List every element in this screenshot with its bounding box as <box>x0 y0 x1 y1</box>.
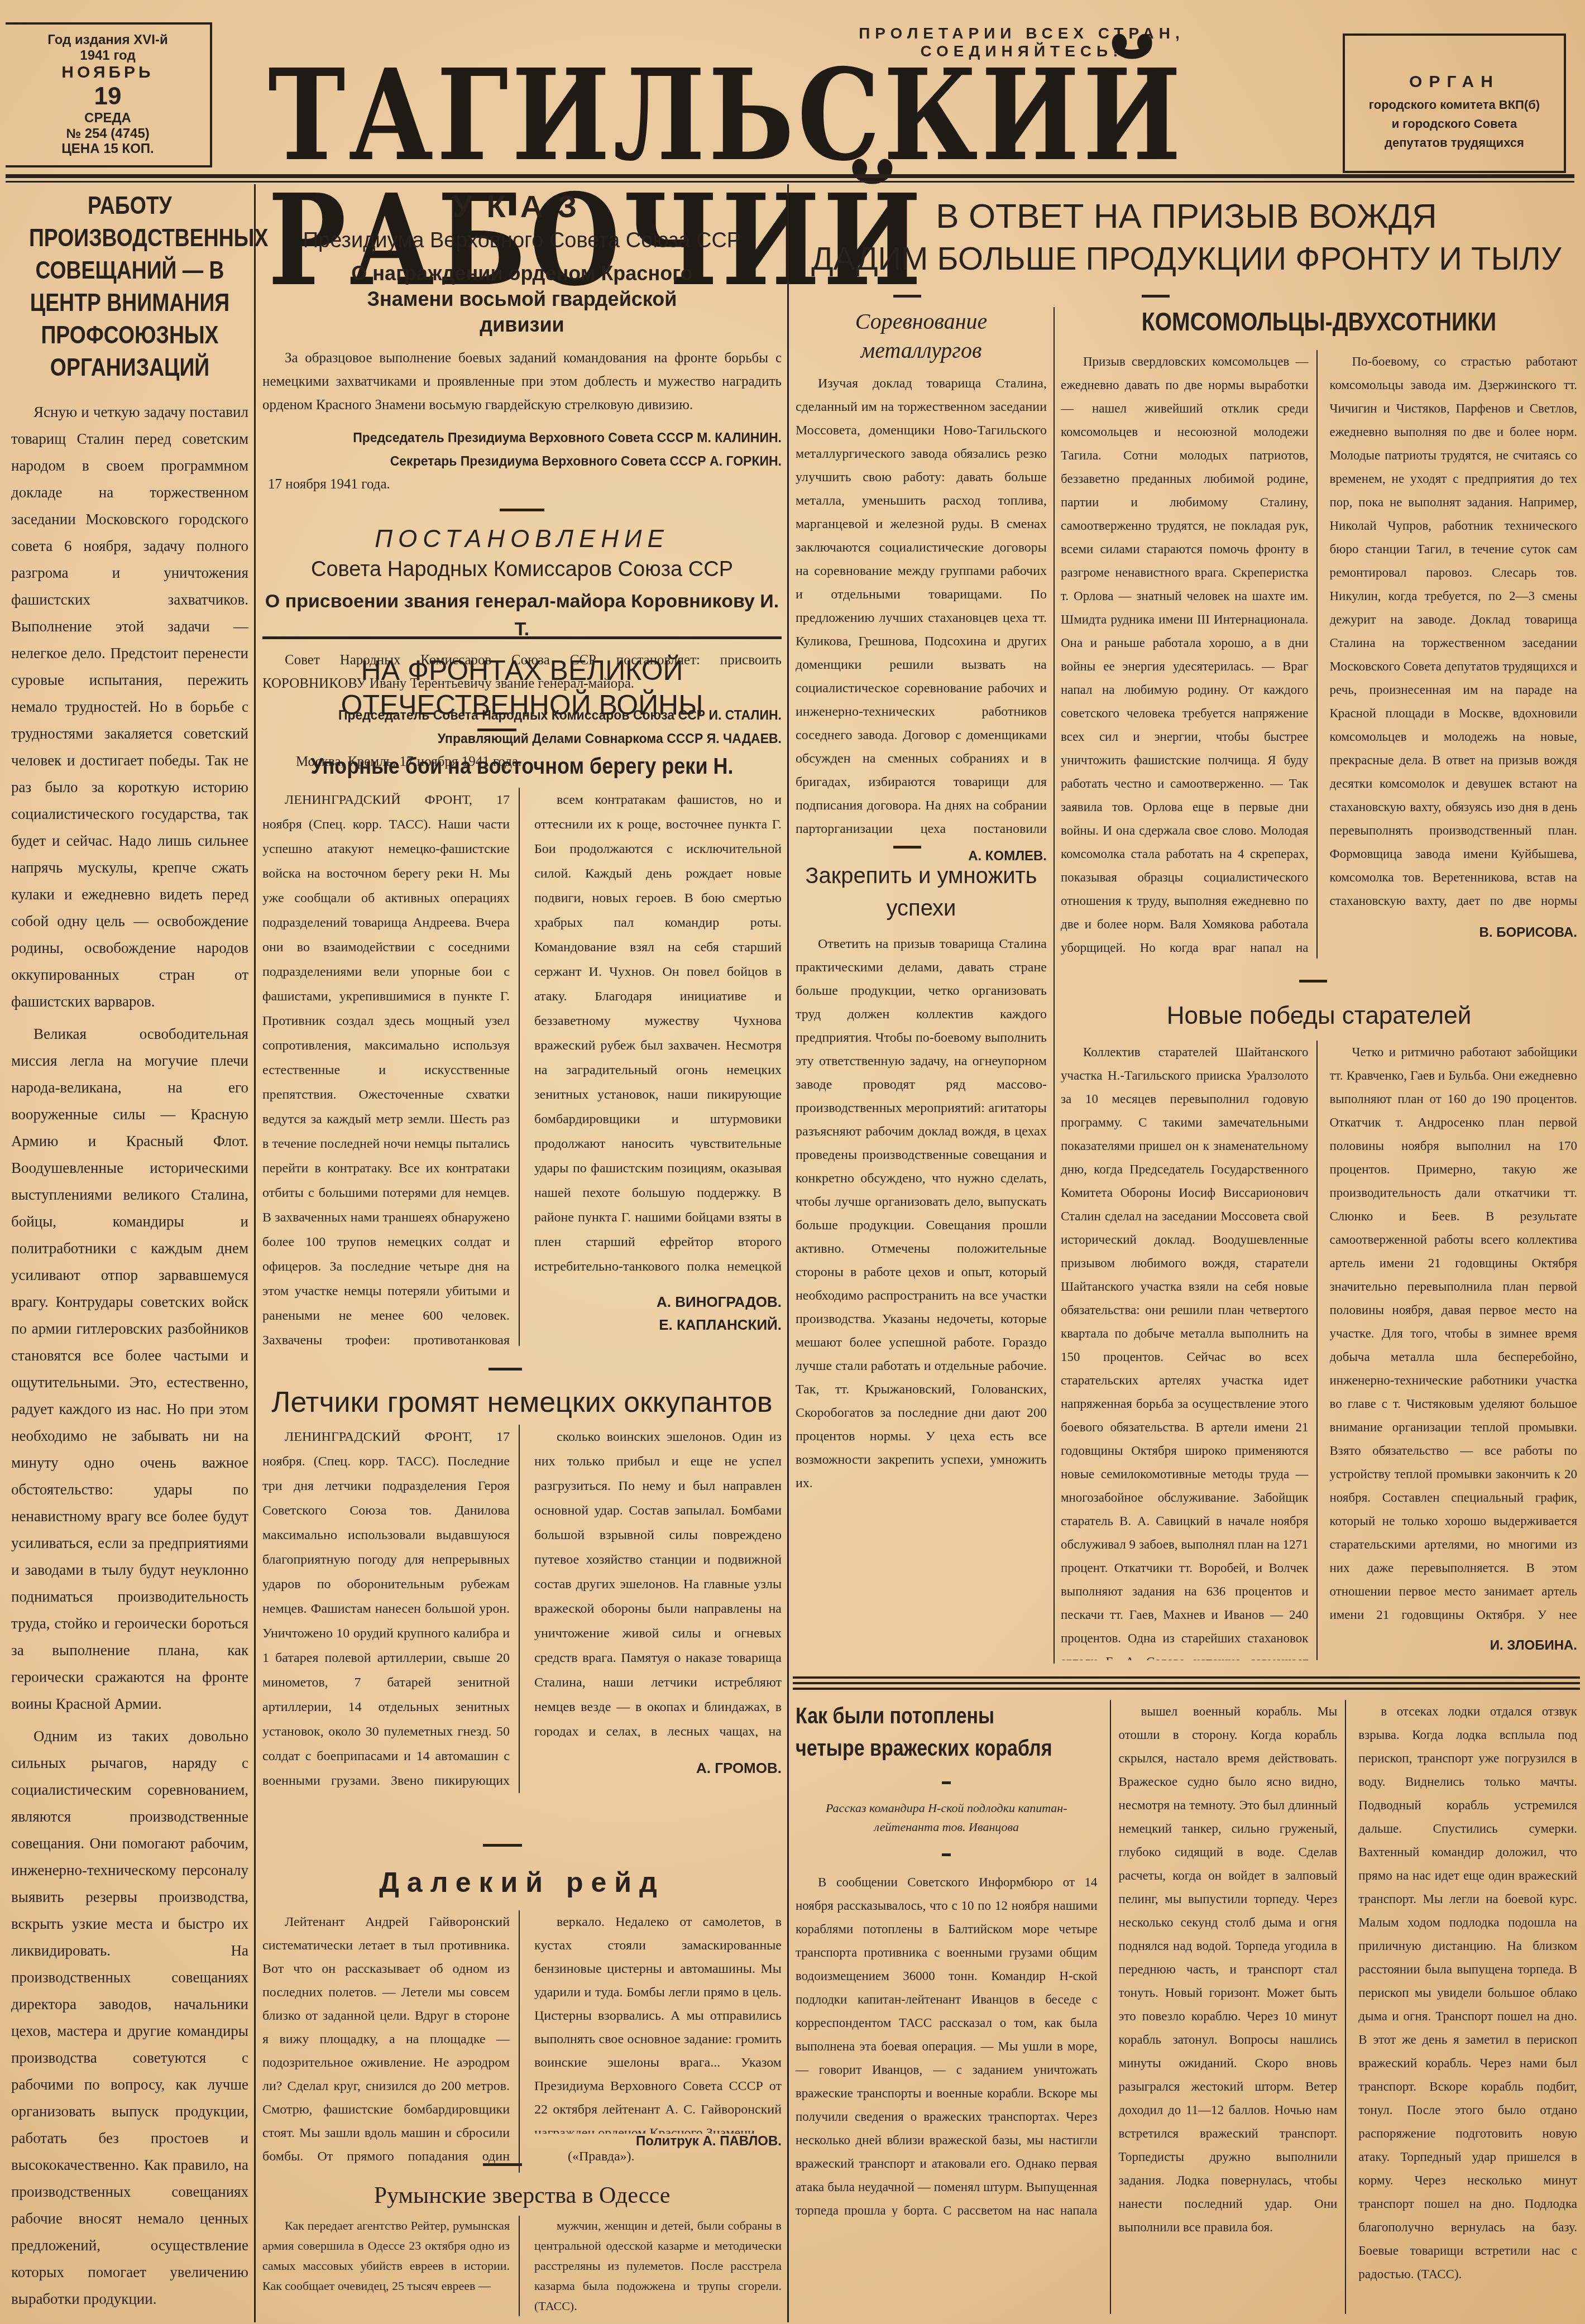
article-subhead: Рассказ командира Н-ской подлодки капита… <box>796 1799 1098 1837</box>
issue-year: 1941 год <box>11 48 204 64</box>
organ-box: ОРГАН городского комитета ВКП(б) и город… <box>1343 33 1566 173</box>
section-title-line: НА ФРОНТАХ ВЕЛИКОЙ <box>262 653 782 688</box>
article-column: в отсеках лодки отдался отзвук взрыва. К… <box>1358 1700 1577 2314</box>
paragraph: Великая освободительная миссия легла на … <box>11 1020 248 1717</box>
separator <box>489 1368 522 1371</box>
article-odessa: Румынские зверства в Одессе Как передает… <box>262 2180 782 2316</box>
article-column: В сообщении Советского Информбюро от 14 … <box>796 1871 1098 2217</box>
source-credit: («Правда»). <box>534 2149 782 2164</box>
article-headline: Как были потоплены четыре вражеских кора… <box>796 1700 1052 1765</box>
issue-day: 19 <box>11 83 204 111</box>
article-komsomol: КОМСОМОЛЬЦЫ-ДВУХСОТНИКИ Призыв свердловс… <box>1061 304 1577 959</box>
headline-line: Соревнование <box>855 309 988 334</box>
author-signature: В. БОРИСОВА. <box>1330 925 1578 941</box>
ukaz-signature-1: Председатель Президиума Верховного Совет… <box>262 426 782 449</box>
article-headline: Румынские зверства в Одессе <box>262 2180 782 2211</box>
headline-line: металлургов <box>861 338 982 363</box>
paragraph: Ясную и четкую задачу поставил товарищ С… <box>11 399 248 1015</box>
article-body: Изучая доклад товарища Сталина, сделанны… <box>796 372 1047 846</box>
headline-line: Как были потоплены <box>796 1704 994 1728</box>
column-divider <box>787 184 789 2322</box>
article-far-raid: Далекий рейд Лейтенант Андрей Гайворонск… <box>262 1865 782 2173</box>
fronts-section-title: НА ФРОНТАХ ВЕЛИКОЙ ОТЕЧЕСТВЕННОЙ ВОЙНЫ <box>262 653 782 722</box>
article-headline: Соревнование металлургов <box>796 307 1047 365</box>
article-column: Как передает агентство Рейтер, румынская… <box>262 2216 520 2316</box>
ukaz-label: УКАЗ <box>262 187 782 226</box>
author-signature: Политрук А. ПАВЛОВ. <box>534 2134 782 2149</box>
issue-date-box: Год издания XVI-й 1941 год НОЯБРЬ 19 СРЕ… <box>6 22 212 167</box>
article-headline: Упорные бои на восточном берегу реки Н. <box>289 751 756 782</box>
organ-line-2: и городского Совета <box>1345 114 1564 133</box>
ukaz-date: 17 ноября 1941 года. <box>262 473 782 496</box>
separator <box>893 295 921 298</box>
separator <box>942 1853 951 1856</box>
organ-line-3: депутатов трудящихся <box>1345 133 1564 152</box>
column-divider <box>1054 307 1055 1664</box>
article-column: Коллектив старателей Шайтанского участка… <box>1061 1041 1318 1660</box>
article-consolidate: Закрепить и умножить успехи Ответить на … <box>796 860 1047 1647</box>
article-column: Лейтенант Андрей Гайворонский систематич… <box>262 1910 520 2173</box>
article-metallurgists: Соревнование металлургов Изучая доклад т… <box>796 307 1047 864</box>
postanovlenie-signature-2: Управляющий Делами Совнаркома СССР Я. ЧА… <box>262 727 782 750</box>
author-signature: И. ЗЛОБИНА. <box>1330 1638 1578 1654</box>
issue-number: № 254 (4745) <box>11 126 204 142</box>
separator <box>893 846 921 849</box>
article-pilots: Летчики громят немецких оккупантов ЛЕНИН… <box>262 1384 782 1793</box>
section-rule <box>793 1676 1580 1679</box>
ukaz-subtitle: Президиума Верховного Совета Союза ССР <box>262 226 782 255</box>
section-rule <box>262 636 782 639</box>
article-column: Четко и ритмично работают забойщики тт. … <box>1330 1041 1578 1627</box>
article-column: веркало. Недалеко от самолетов, в кустах… <box>534 1910 782 2134</box>
organ-title: ОРГАН <box>1345 69 1564 95</box>
headline-line: Закрепить и умножить <box>805 864 1037 888</box>
article-column: мужчин, женщин и детей, были собраны в ц… <box>534 2216 782 2316</box>
separator <box>1142 295 1170 298</box>
article-column: вышел военный корабль. Мы отошли в сторо… <box>1110 1700 1347 2314</box>
postanovlenie-label: ПОСТАНОВЛЕНИЕ <box>262 524 782 555</box>
headline-line: четыре вражеских корабля <box>796 1736 1052 1761</box>
author-signature: А. ВИНОГРАДОВ. <box>534 1293 782 1311</box>
article-headline: Новые победы старателей <box>1061 999 1577 1033</box>
article-body: Ясную и четкую задачу поставил товарищ С… <box>11 399 248 2312</box>
lead-banner: В ОТВЕТ НА ПРИЗЫВ ВОЖДЯ ДАДИМ БОЛЬШЕ ПРО… <box>796 195 1577 280</box>
separator <box>500 509 544 511</box>
section-rule <box>793 1688 1580 1690</box>
article-headline: РАБОТУ ПРОИЗВОДСТВЕННЫХ СОВЕЩАНИЙ — В ЦЕ… <box>29 190 231 384</box>
ukaz-headline: О награждении орденом Красного Знамени в… <box>262 255 782 347</box>
separator <box>477 729 516 731</box>
article-body: Ответить на призыв товарища Сталина прак… <box>796 932 1047 1647</box>
year-of-issue: Год издания XVI-й <box>11 32 204 48</box>
issue-price: ЦЕНА 15 КОП. <box>11 141 204 157</box>
author-signature: Е. КАПЛАНСКИЙ. <box>534 1316 782 1334</box>
paragraph: Одним из таких довольно сильных рычагов,… <box>11 1723 248 2312</box>
article-headline: Летчики громят немецких оккупантов <box>262 1384 782 1420</box>
section-rule <box>793 1682 1580 1684</box>
organ-line-1: городского комитета ВКП(б) <box>1345 95 1564 114</box>
article-headline: Закрепить и умножить успехи <box>796 860 1047 924</box>
column-divider <box>254 184 256 2322</box>
banner-line-2: ДАДИМ БОЛЬШЕ ПРОДУКЦИИ ФРОНТУ И ТЫЛУ <box>796 238 1577 280</box>
article-production-meetings: РАБОТУ ПРОИЗВОДСТВЕННЫХ СОВЕЩАНИЙ — В ЦЕ… <box>11 190 248 2318</box>
article-eastern-bank: Упорные бои на восточном берегу реки Н. … <box>262 751 782 1346</box>
article-ships: Как были потоплены четыре вражеских кора… <box>796 1700 1577 2314</box>
masthead-rule-thin <box>6 181 1574 183</box>
author-signature: А. ГРОМОВ. <box>534 1760 782 1777</box>
issue-weekday: СРЕДА <box>11 111 204 126</box>
section-title-line: ОТЕЧЕСТВЕННОЙ ВОЙНЫ <box>262 688 782 722</box>
article-column: ЛЕНИНГРАДСКИЙ ФРОНТ, 17 ноября (Спец. ко… <box>262 788 520 1346</box>
article-column: сколько воинских эшелонов. Один из них т… <box>534 1425 782 1737</box>
article-column: По-боевому, со страстью работают комсомо… <box>1330 350 1578 908</box>
article-prospectors: Новые победы старателей Коллектив старат… <box>1061 999 1577 1660</box>
postanovlenie-subtitle: Совета Народных Комиссаров Союза ССР <box>262 555 782 584</box>
separator <box>942 1781 951 1784</box>
separator <box>483 2163 522 2166</box>
article-column: Призыв свердловских комсомольцев — ежедн… <box>1061 350 1318 959</box>
separator <box>1299 980 1327 983</box>
headline-line: успехи <box>887 896 956 921</box>
issue-month: НОЯБРЬ <box>11 63 204 83</box>
article-column: всем контратакам фашистов, но и оттеснил… <box>534 788 782 1285</box>
separator <box>483 1844 522 1847</box>
article-column: ЛЕНИНГРАДСКИЙ ФРОНТ, 17 ноября. (Спец. к… <box>262 1425 520 1793</box>
ukaz-text: За образцовое выполнение боевых заданий … <box>262 347 782 417</box>
masthead-rule <box>6 174 1574 178</box>
banner-line-1: В ОТВЕТ НА ПРИЗЫВ ВОЖДЯ <box>796 195 1577 238</box>
ukaz-signature-2: Секретарь Президиума Верховного Совета С… <box>262 449 782 473</box>
article-headline: КОМСОМОЛЬЦЫ-ДВУХСОТНИКИ <box>1099 304 1538 339</box>
article-headline: Далекий рейд <box>262 1865 782 1900</box>
